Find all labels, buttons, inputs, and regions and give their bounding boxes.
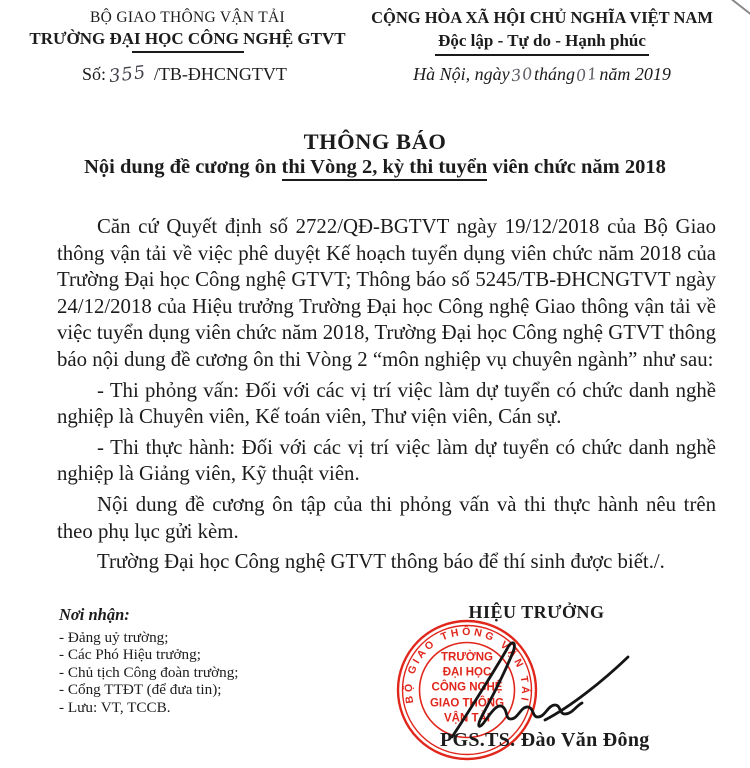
recipients-label: Nơi nhận:	[59, 606, 239, 624]
org-underline	[132, 51, 244, 53]
date-line: Hà Nội, ngày30tháng01năm 2019	[368, 64, 716, 85]
doc-number-handwritten: 355	[108, 62, 148, 87]
signer-name: PGS.TS. Đào Văn Đông	[440, 729, 650, 752]
recipient-item: - Cổng TTĐT (để đưa tin);	[59, 681, 239, 699]
issuing-org-block: BỘ GIAO THÔNG VẬN TẢI TRƯỜNG ĐẠI HỌC CÔN…	[25, 9, 350, 53]
body-paragraph: Trường Đại học Công nghệ GTVT thông báo …	[57, 549, 716, 576]
document-page: BỘ GIAO THÔNG VẬN TẢI TRƯỜNG ĐẠI HỌC CÔN…	[0, 0, 750, 768]
national-motto: Độc lập - Tự do - Hạnh phúc	[368, 31, 716, 51]
document-number: Số:355 /TB-ĐHCNGTVT	[82, 64, 287, 85]
dateline-month-label: tháng	[534, 64, 575, 84]
dateline-day-handwritten: 30	[510, 64, 535, 86]
recipients-block: Nơi nhận: - Đảng uỷ trường; - Các Phó Hi…	[59, 606, 239, 717]
subtitle-post: viên chức năm 2018	[487, 156, 666, 178]
body-paragraph: Nội dung đề cương ôn tập của thi phỏng v…	[57, 492, 716, 545]
body-paragraph: - Thi thực hành: Đối với các vị trí việc…	[57, 435, 716, 488]
signature-main-stroke	[452, 643, 582, 737]
dateline-place: Hà Nội, ngày	[413, 64, 510, 84]
recipient-item: - Chủ tịch Công đoàn trường;	[59, 664, 239, 682]
recipient-item: - Lưu: VT, TCCB.	[59, 699, 239, 717]
org-name: TRƯỜNG ĐẠI HỌC CÔNG NGHỆ GTVT	[25, 29, 350, 49]
dateline-year: năm 2019	[599, 64, 671, 84]
doc-number-prefix: Số:	[82, 64, 106, 84]
parent-org-name: BỘ GIAO THÔNG VẬN TẢI	[25, 9, 350, 27]
recipient-item: - Các Phó Hiệu trưởng;	[59, 646, 239, 664]
recipient-item: - Đảng uỷ trường;	[59, 629, 239, 647]
document-title: THÔNG BÁO	[0, 129, 750, 155]
scan-artifact	[725, 0, 750, 16]
subtitle-underlined: thi Vòng 2, kỳ thi tuyển	[282, 156, 488, 181]
signature-tail-stroke	[545, 657, 628, 720]
subtitle-pre: Nội dung đề cương ôn	[84, 156, 281, 178]
national-title: CỘNG HÒA XÃ HỘI CHỦ NGHĨA VIỆT NAM	[368, 9, 716, 28]
body-paragraph: Căn cứ Quyết định số 2722/QĐ-BGTVT ngày …	[57, 214, 716, 374]
dateline-month-handwritten: 01	[575, 64, 600, 86]
motto-underline	[435, 54, 649, 56]
doc-number-suffix: /TB-ĐHCNGTVT	[154, 64, 287, 84]
document-body: Căn cứ Quyết định số 2722/QĐ-BGTVT ngày …	[57, 214, 716, 576]
body-paragraph: - Thi phỏng vấn: Đối với các vị trí việc…	[57, 378, 716, 431]
document-subtitle: Nội dung đề cương ôn thi Vòng 2, kỳ thi …	[0, 156, 750, 179]
national-header-block: CỘNG HÒA XÃ HỘI CHỦ NGHĨA VIỆT NAM Độc l…	[368, 9, 716, 56]
